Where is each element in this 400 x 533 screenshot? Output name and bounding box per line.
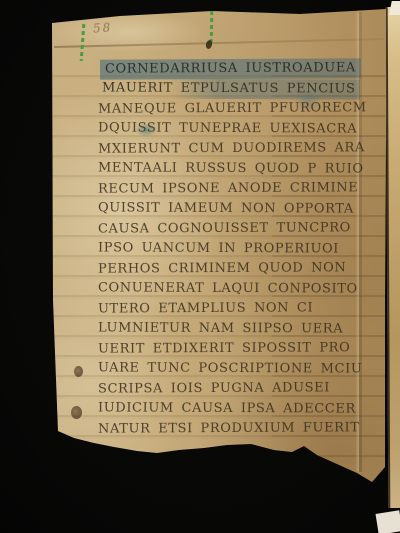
- manuscript-text-line: CORNEDARRIUSA IUSTROADUEA: [100, 58, 361, 79]
- manuscript-text-line: NATUR ETSI PRODUXIUM FUERIT: [98, 418, 360, 439]
- manuscript-text-line: UTERO ETAMPLIUS NON CI: [98, 298, 313, 319]
- manuscript-text-line: SCRIPSA IOIS PUGNA ADUSEI: [98, 378, 330, 399]
- parchment-page: 58 CORNEDARRIUSA IUSTROADUEAMAUERIT ETPU…: [0, 0, 400, 533]
- next-folio-edge: [386, 7, 400, 508]
- manuscript-text-line: MAUERIT ETPULSATUS PENCIUS: [98, 78, 360, 99]
- manuscript-text-line: MXIERUNT CUM DUODIREMS ARA: [98, 138, 365, 159]
- top-crease: [54, 38, 384, 48]
- manuscript-text-line: QUISSIT IAMEUM NON OPPORTA: [98, 198, 354, 219]
- manuscript-text-line: LUMNIETUR NAM SIIPSO UERA: [98, 318, 343, 339]
- text-block: CORNEDARRIUSA IUSTROADUEAMAUERIT ETPULSA…: [98, 59, 378, 439]
- manuscript-photograph: 58 CORNEDARRIUSA IUSTROADUEAMAUERIT ETPU…: [0, 0, 400, 533]
- green-stitch-center-icon: [210, 11, 214, 44]
- manuscript-text-line: CAUSA COGNOUISSET TUNCPRO: [98, 218, 351, 239]
- green-stitch-left-icon: [80, 24, 86, 61]
- manuscript-text-line: CONUENERAT LAQUI CONPOSITO: [98, 278, 358, 299]
- manuscript-text-line: DQUISSIT TUNEPRAE UEXISACRA: [98, 118, 357, 139]
- manuscript-text-line: IUDICIUM CAUSA IPSA ADECCER: [98, 398, 356, 419]
- manuscript-text-line: MENTAALI RUSSUS QUOD P RUIO: [98, 158, 364, 179]
- manuscript-text-line: PERHOS CRIMINEM QUOD NON: [98, 258, 346, 279]
- manuscript-text-line: RECUM IPSONE ANODE CRIMINE: [98, 178, 358, 199]
- manuscript-text-line: IPSO UANCUM IN PROPERIUOI: [98, 238, 339, 259]
- parchment-spot: [74, 366, 83, 377]
- manuscript-text-line: MANEQUE GLAUERIT PFURORECM: [98, 98, 367, 119]
- backing-page-corner-top: [389, 1, 400, 15]
- manuscript-text-line: UARE TUNC POSCRIPTIONE MCIU: [98, 358, 362, 379]
- backing-page-corner-bottom: [376, 510, 400, 533]
- manuscript-text-line: UERIT ETDIXERIT SIPOSSIT PRO: [98, 338, 350, 359]
- parchment-spot: [71, 406, 82, 419]
- stitch-knot: [205, 39, 213, 49]
- folio-number: 58: [93, 20, 113, 35]
